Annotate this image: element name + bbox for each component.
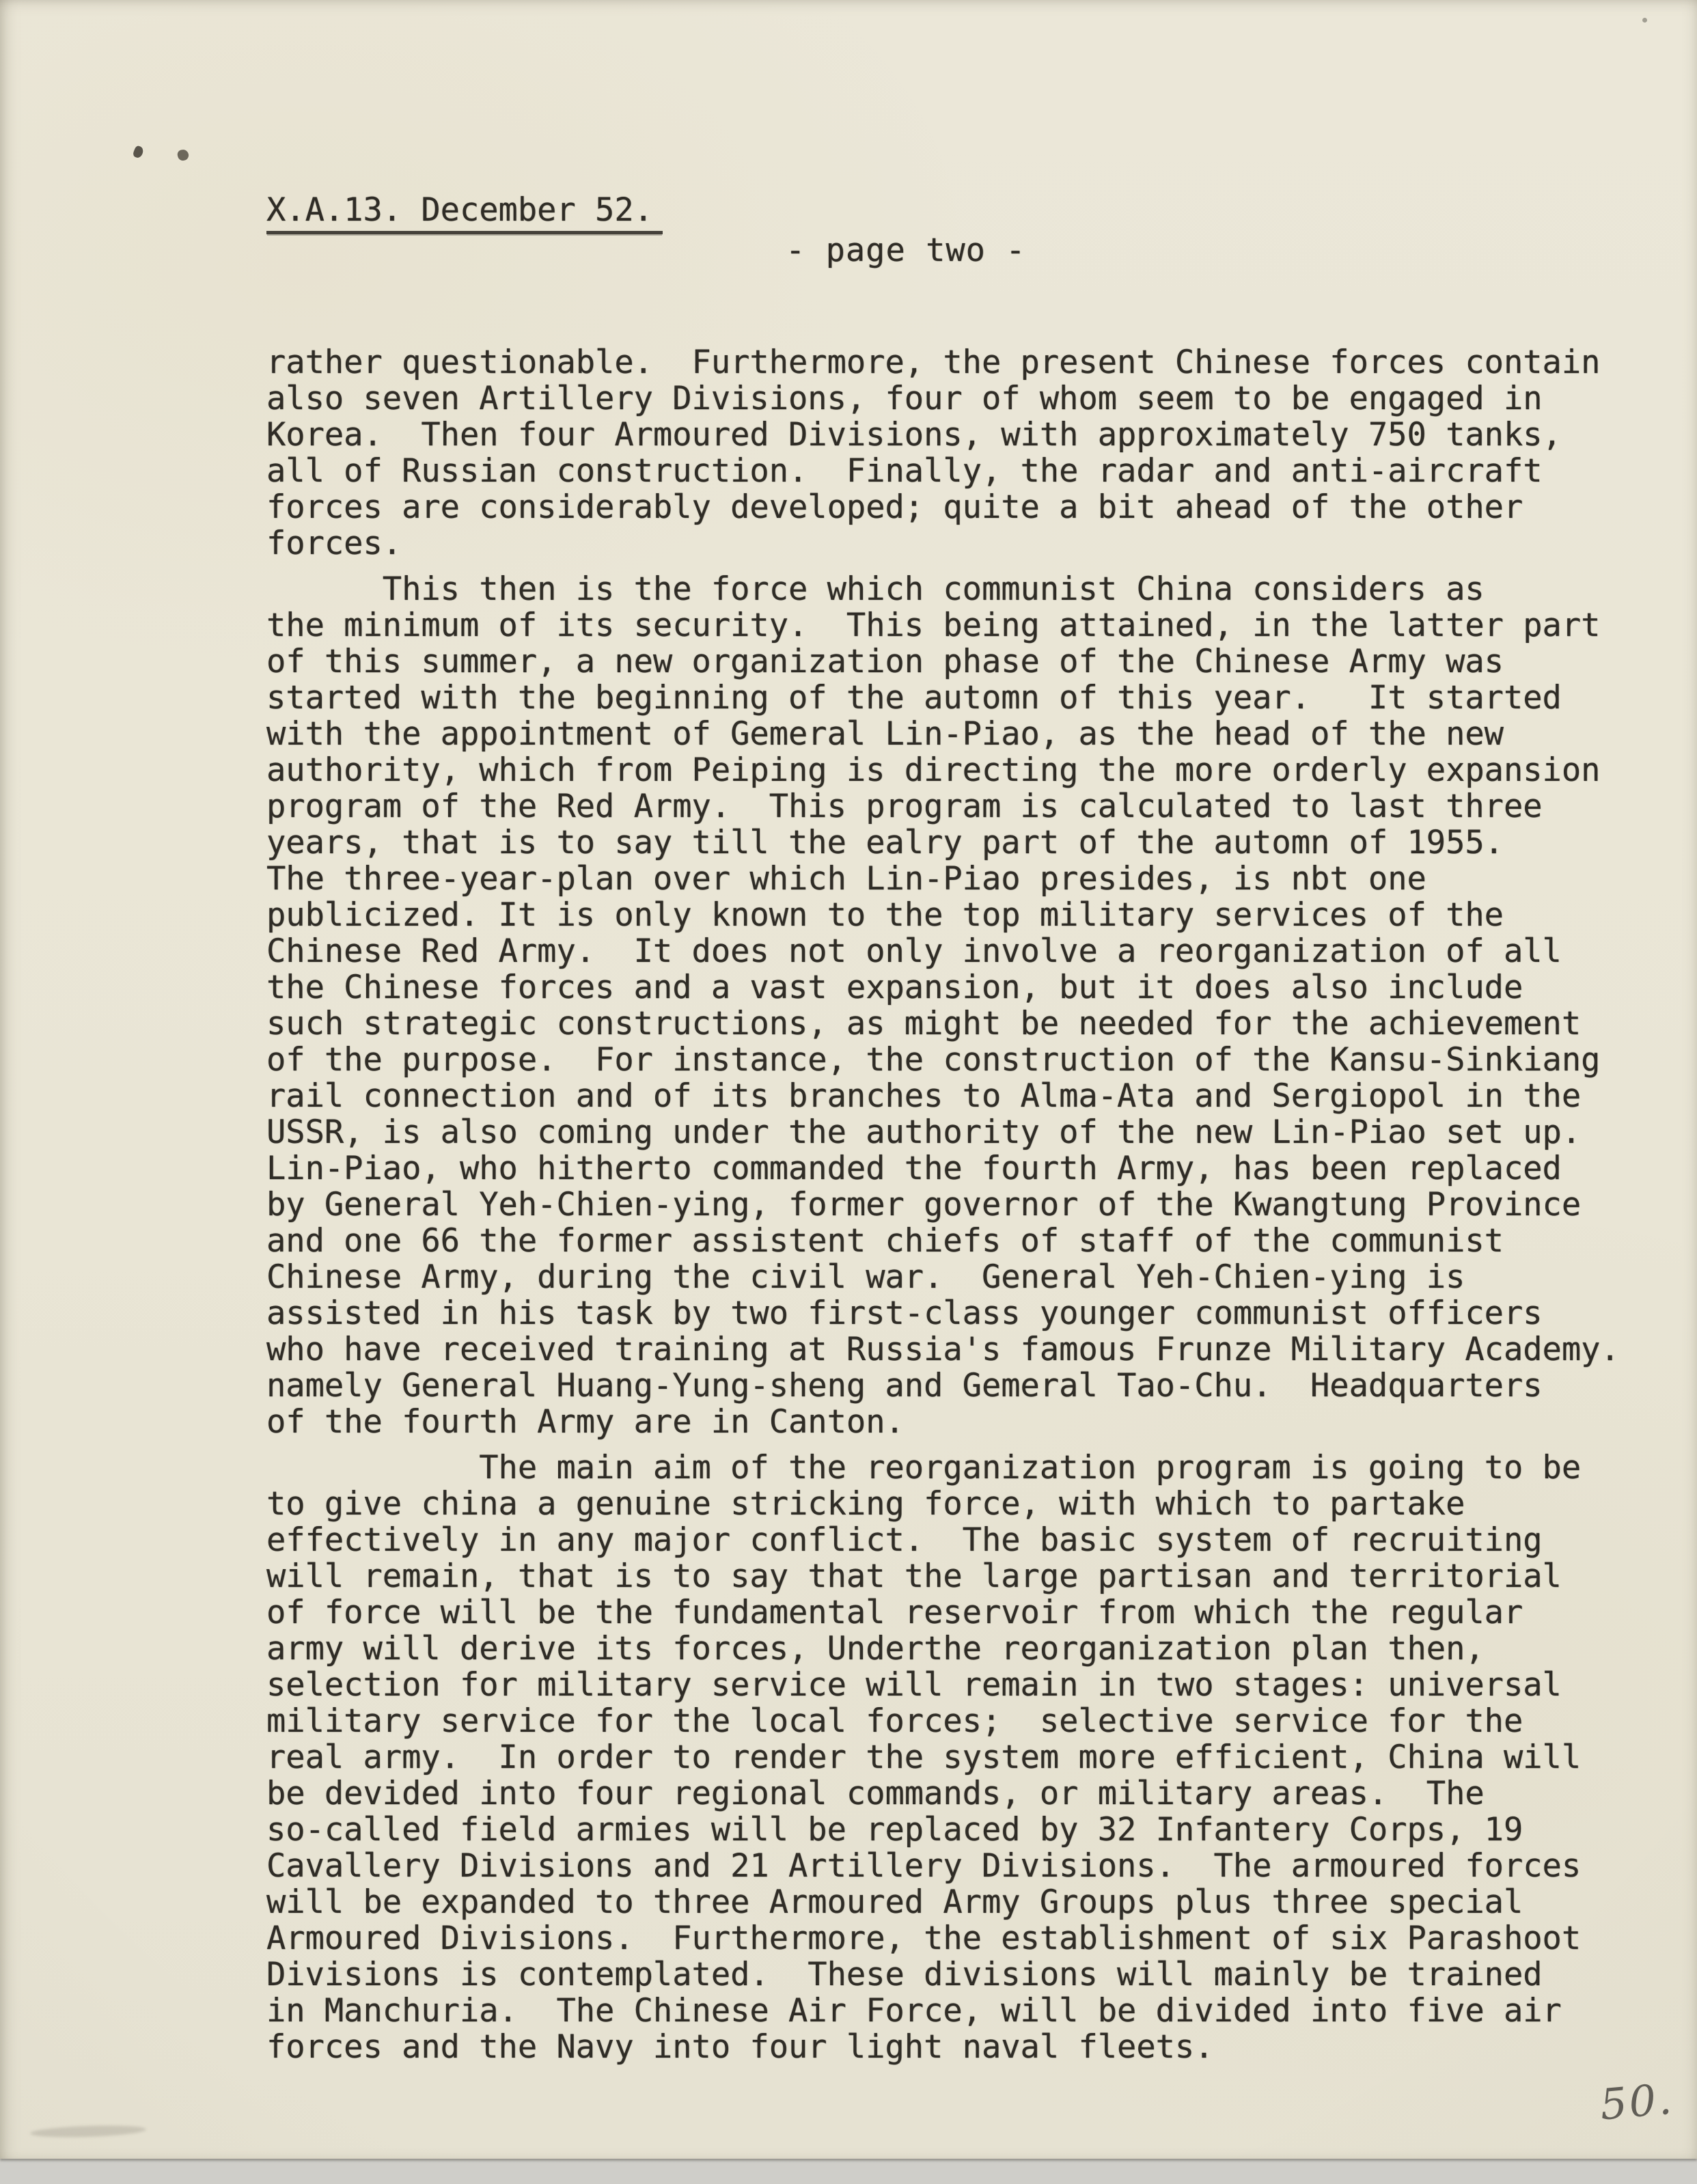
paragraph: The main aim of the reorganization progr… bbox=[266, 1450, 1640, 2065]
ink-speck bbox=[132, 145, 144, 159]
handwritten-page-number: 50. bbox=[1598, 2073, 1676, 2129]
ink-speck bbox=[1642, 18, 1647, 23]
document-reference: X.A.13. December 52. bbox=[266, 192, 663, 234]
paragraph: This then is the force which communist C… bbox=[266, 571, 1640, 1440]
scan-background: X.A.13. December 52. - page two - rather… bbox=[0, 0, 1697, 2184]
paragraph: rather questionable. Furthermore, the pr… bbox=[266, 344, 1640, 562]
pencil-smudge bbox=[30, 2124, 146, 2139]
ink-speck bbox=[176, 148, 189, 161]
document-page: X.A.13. December 52. - page two - rather… bbox=[0, 0, 1697, 2159]
document-body: rather questionable. Furthermore, the pr… bbox=[266, 344, 1640, 2075]
page-number-label: - page two - bbox=[786, 232, 1026, 268]
